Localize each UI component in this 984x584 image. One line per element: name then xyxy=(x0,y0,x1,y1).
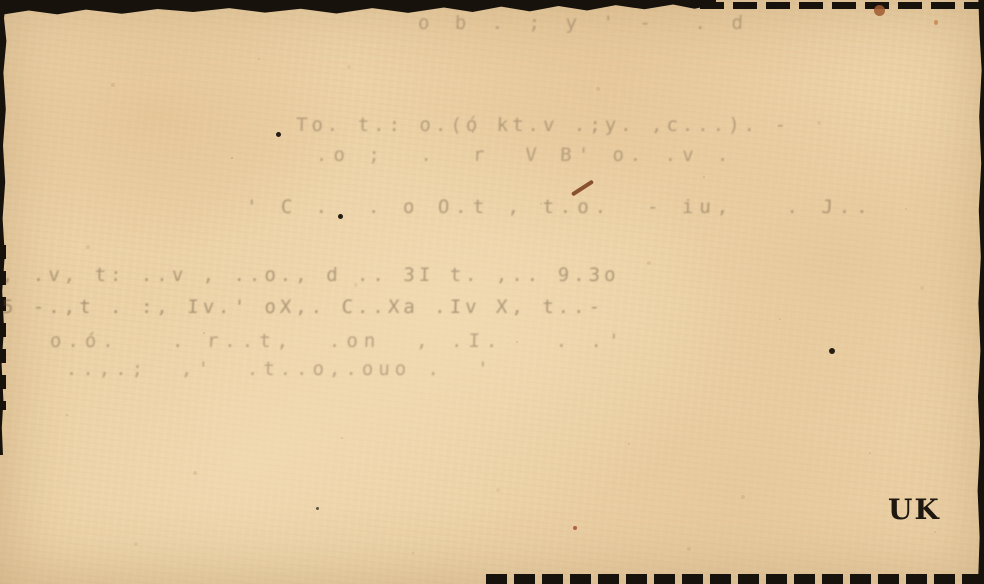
ghost-text-line: o.ó. . r..t, .on , .I. . .' xyxy=(50,330,626,352)
ghost-text-line: To. t.: o.(ó kt.v .;y. ,c...). - xyxy=(296,114,791,136)
perforated-edge-bottom xyxy=(486,574,984,584)
paper-background xyxy=(0,0,984,584)
ghost-text-line: 5 -.,t . :, Iv.' oX,. C..Xa .Iv X, t..- xyxy=(2,296,605,318)
rust-spot xyxy=(934,20,938,25)
rust-spot xyxy=(573,526,577,530)
ghost-text-line: ..,.; ,' .t..o,.ouo . ' xyxy=(66,358,494,380)
ink-dot xyxy=(316,507,319,510)
ink-dot xyxy=(276,132,281,137)
uk-stamp: UK xyxy=(888,493,941,526)
scanned-card: o b . ; y ' - . d To. t.: o.(ó kt.v .;y.… xyxy=(0,0,984,584)
ink-dot xyxy=(338,214,343,219)
ghost-text-line: o b . ; y ' - . d xyxy=(418,12,751,34)
ghost-text-line: , .v, t: ..v , ..o., d .. 3I t. ,.. 9.3o xyxy=(2,264,620,286)
perforated-edge-top-right xyxy=(700,2,984,9)
ink-dot xyxy=(829,348,835,354)
rust-spot xyxy=(874,5,885,16)
ghost-text-line: .o ; . r V B' o. .v . xyxy=(316,144,735,166)
